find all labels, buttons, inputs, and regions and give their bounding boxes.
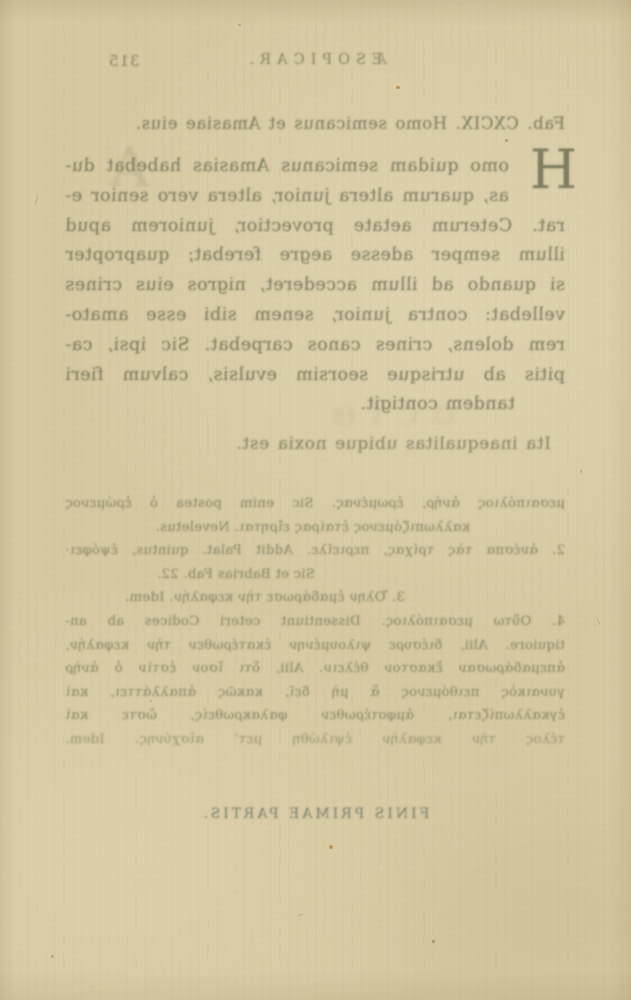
running-title: ÆSOPICAR.: [65, 52, 565, 68]
footnote-line: μεσαιπόλιος ἀνήρ, ἐρωμένας. Sic enim pos…: [65, 492, 565, 516]
footnote-line: καλλωπιζόμενος ἑταίρας εἴρηται. Neveletu…: [65, 516, 565, 540]
body-line: rat. Ceterum aetate provectior, juniorem…: [65, 212, 565, 242]
body-line: omo quidam semicanus Amasias habebat du-: [65, 152, 565, 182]
footnote-line: 2. ἀνέσπα τὰς τρίχας, περιεῖλε. Addit Pa…: [65, 539, 565, 563]
drop-cap-letter: H: [530, 145, 578, 195]
fable-title: Fab. CXCIX. Homo semicanus et Amasiae ei…: [63, 114, 565, 133]
footnotes-block: μεσαιπόλιος ἀνήρ, ἐρωμένας. Sic enim pos…: [65, 492, 565, 752]
footnote-line: Sic et Babrias Fab. 22.: [65, 563, 565, 587]
showthrough-layer: ÆSOPICAR. 315 Fab. CXCIX. Homo semicanus…: [0, 0, 631, 1000]
moral-line: Ita inaequalitas ubique noxia est.: [65, 434, 565, 454]
body-line: rem dolens, crines canos carpebat. Sic i…: [65, 331, 565, 361]
body-line: tandem contigit.: [65, 390, 565, 420]
body-line: pitis ab utrisque seorsim evulsis, calvu…: [65, 361, 565, 391]
body-line: vellebat: contra junior, senem sibi esse…: [65, 301, 565, 331]
paper-speck: [505, 139, 508, 142]
fable-body: H omo quidam semicanus Amasias habebat d…: [65, 152, 565, 420]
paper-speck: [432, 940, 435, 943]
book-page: ÆSOPICAR. 315 Fab. CXCIX. Homo semicanus…: [0, 0, 631, 1000]
paper-speck: [51, 955, 54, 958]
running-header: ÆSOPICAR. 315: [65, 52, 565, 74]
footnote-line: 4. Οὕτω μεσαιπόλιος. Dissentiunt ceteri …: [65, 610, 565, 634]
footnote-line: γυναικὸς πειθόμενος ἃ μὴ δεῖ, κακῶς ἀπαλ…: [65, 681, 565, 705]
page-number: 315: [108, 52, 140, 70]
paper-speck: [150, 700, 152, 702]
finis-line: FINIS PRIMAE PARTIS.: [65, 806, 565, 822]
paper-speck: [396, 86, 400, 89]
footnote-line: ἐγκαλλωπίζεται, ἀμφοτέρωθεν φαλακρωθείς,…: [65, 704, 565, 728]
paper-speck: [238, 24, 241, 26]
paper-speck: [580, 470, 582, 473]
body-line: si quando ad illum accederet, nigros eiu…: [65, 271, 565, 301]
body-line: as, quarum altera junior, altera vero se…: [65, 182, 565, 212]
body-line: illum semper adesse aegre ferebat; quapr…: [65, 241, 565, 271]
footnote-line: tiquiore. Alii, διέσυρε ψιλουμένην ἑκατέ…: [65, 634, 565, 658]
footnote-line: τέλος τὴν κεφαλὴν ἐψιλώθη μετ’ αἰσχύνης.…: [65, 728, 565, 752]
footnote-line: ἀπεμαδάρωσαν ἕκαστον θέλειν. Alii, ὅτι ἴ…: [65, 657, 565, 681]
paper-speck: [329, 845, 333, 849]
footnote-line: 3. Ὅλην ἐμαδάρωσε τὴν κεφαλήν. Idem.: [65, 586, 565, 610]
